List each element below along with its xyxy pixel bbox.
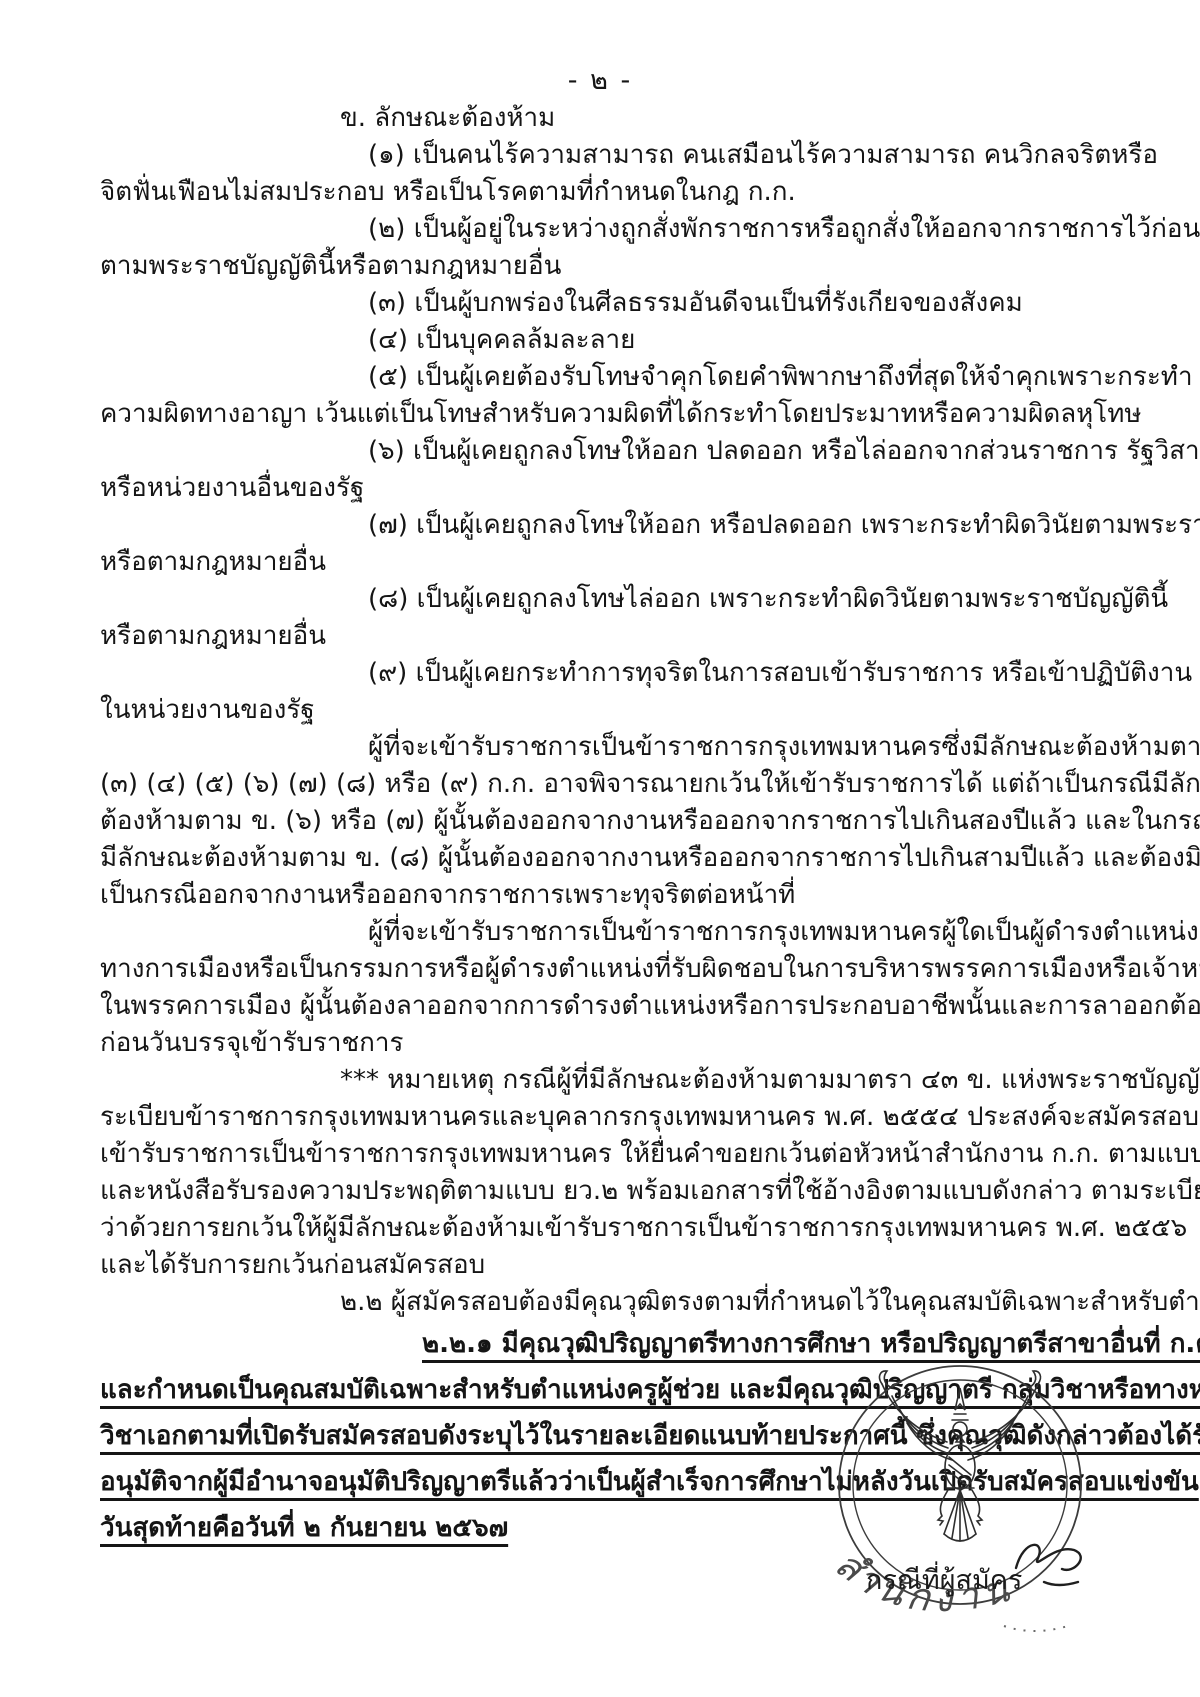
doc-line: หรือตามกฎหมายอื่น xyxy=(100,618,1160,655)
doc-line: ในหน่วยงานของรัฐ xyxy=(100,692,1160,729)
doc-line: จิตฟั่นเฟือนไม่สมประกอบ หรือเป็นโรคตามที… xyxy=(100,174,1160,211)
doc-line: ๒.๒.๑ มีคุณวุฒิปริญญาตรีทางการศึกษา หรือ… xyxy=(100,1321,1160,1367)
doc-line: (๔) เป็นบุคคลล้มละลาย xyxy=(100,322,1160,359)
doc-line: ว่าด้วยการยกเว้นให้ผู้มีลักษณะต้องห้ามเข… xyxy=(100,1210,1160,1247)
doc-line: ต้องห้ามตาม ข. (๖) หรือ (๗) ผู้นั้นต้องอ… xyxy=(100,803,1160,840)
doc-line: มีลักษณะต้องห้ามตาม ข. (๘) ผู้นั้นต้องออ… xyxy=(100,840,1160,877)
doc-line: (๗) เป็นผู้เคยถูกลงโทษให้ออก หรือปลดออก … xyxy=(100,507,1160,544)
doc-line: วิชาเอกตามที่เปิดรับสมัครสอบดังระบุไว้ใน… xyxy=(100,1413,1160,1459)
doc-line: และได้รับการยกเว้นก่อนสมัครสอบ xyxy=(100,1247,1160,1284)
stamp-overlay-text: กรณีที่ผู้สมัคร xyxy=(866,1558,1022,1601)
document-page: - ๒ - ข. ลักษณะต้องห้าม(๑) เป็นคนไร้ความ… xyxy=(0,0,1200,1697)
doc-line: เข้ารับราชการเป็นข้าราชการกรุงเทพมหานคร … xyxy=(100,1136,1160,1173)
doc-line: หรือหน่วยงานอื่นของรัฐ xyxy=(100,470,1160,507)
doc-line: ผู้ที่จะเข้ารับราชการเป็นข้าราชการกรุงเท… xyxy=(100,914,1160,951)
doc-line: ข. ลักษณะต้องห้าม xyxy=(100,100,1160,137)
doc-line: และหนังสือรับรองความประพฤติตามแบบ ยว.๒ พ… xyxy=(100,1173,1160,1210)
doc-line: วันสุดท้ายคือวันที่ ๒ กันยายน ๒๕๖๗ xyxy=(100,1505,1160,1551)
doc-line: (๓) เป็นผู้บกพร่องในศีลธรรมอันดีจนเป็นที… xyxy=(100,285,1160,322)
doc-line: (๑) เป็นคนไร้ความสามารถ คนเสมือนไร้ความส… xyxy=(100,137,1160,174)
doc-line: ระเบียบข้าราชการกรุงเทพมหานครและบุคลากรก… xyxy=(100,1099,1160,1136)
page-number: - ๒ - xyxy=(0,58,1200,101)
doc-line: (๕) เป็นผู้เคยต้องรับโทษจำคุกโดยคำพิพากษ… xyxy=(100,359,1160,396)
doc-line: ตามพระราชบัญญัตินี้หรือตามกฎหมายอื่น xyxy=(100,248,1160,285)
doc-line: และกำหนดเป็นคุณสมบัติเฉพาะสำหรับตำแหน่งค… xyxy=(100,1367,1160,1413)
doc-line: หรือตามกฎหมายอื่น xyxy=(100,544,1160,581)
doc-line: (๒) เป็นผู้อยู่ในระหว่างถูกสั่งพักราชการ… xyxy=(100,211,1160,248)
doc-line: ความผิดทางอาญา เว้นแต่เป็นโทษสำหรับความผ… xyxy=(100,396,1160,433)
doc-line: ทางการเมืองหรือเป็นกรรมการหรือผู้ดำรงตำแ… xyxy=(100,951,1160,988)
doc-line: (๖) เป็นผู้เคยถูกลงโทษให้ออก ปลดออก หรือ… xyxy=(100,433,1160,470)
doc-line: (๘) เป็นผู้เคยถูกลงโทษไล่ออก เพราะกระทำผ… xyxy=(100,581,1160,618)
doc-line: เป็นกรณีออกจากงานหรือออกจากราชการเพราะทุ… xyxy=(100,877,1160,914)
doc-line: (๙) เป็นผู้เคยกระทำการทุจริตในการสอบเข้า… xyxy=(100,655,1160,692)
doc-line: (๓) (๔) (๕) (๖) (๗) (๘) หรือ (๙) ก.ก. อา… xyxy=(100,766,1160,803)
doc-line: ผู้ที่จะเข้ารับราชการเป็นข้าราชการกรุงเท… xyxy=(100,729,1160,766)
dotted-line xyxy=(1004,1626,1068,1631)
doc-line: ก่อนวันบรรจุเข้ารับราชการ xyxy=(100,1025,1160,1062)
doc-lines: ข. ลักษณะต้องห้าม(๑) เป็นคนไร้ความสามารถ… xyxy=(100,100,1160,1551)
doc-line: *** หมายเหตุ กรณีผู้ที่มีลักษณะต้องห้ามต… xyxy=(100,1062,1160,1099)
doc-line: ๒.๒ ผู้สมัครสอบต้องมีคุณวุฒิตรงตามที่กำห… xyxy=(100,1284,1160,1321)
doc-line: อนุมัติจากผู้มีอำนาจอนุมัติปริญญาตรีแล้ว… xyxy=(100,1459,1160,1505)
doc-line: ในพรรคการเมือง ผู้นั้นต้องลาออกจากการดำร… xyxy=(100,988,1160,1025)
